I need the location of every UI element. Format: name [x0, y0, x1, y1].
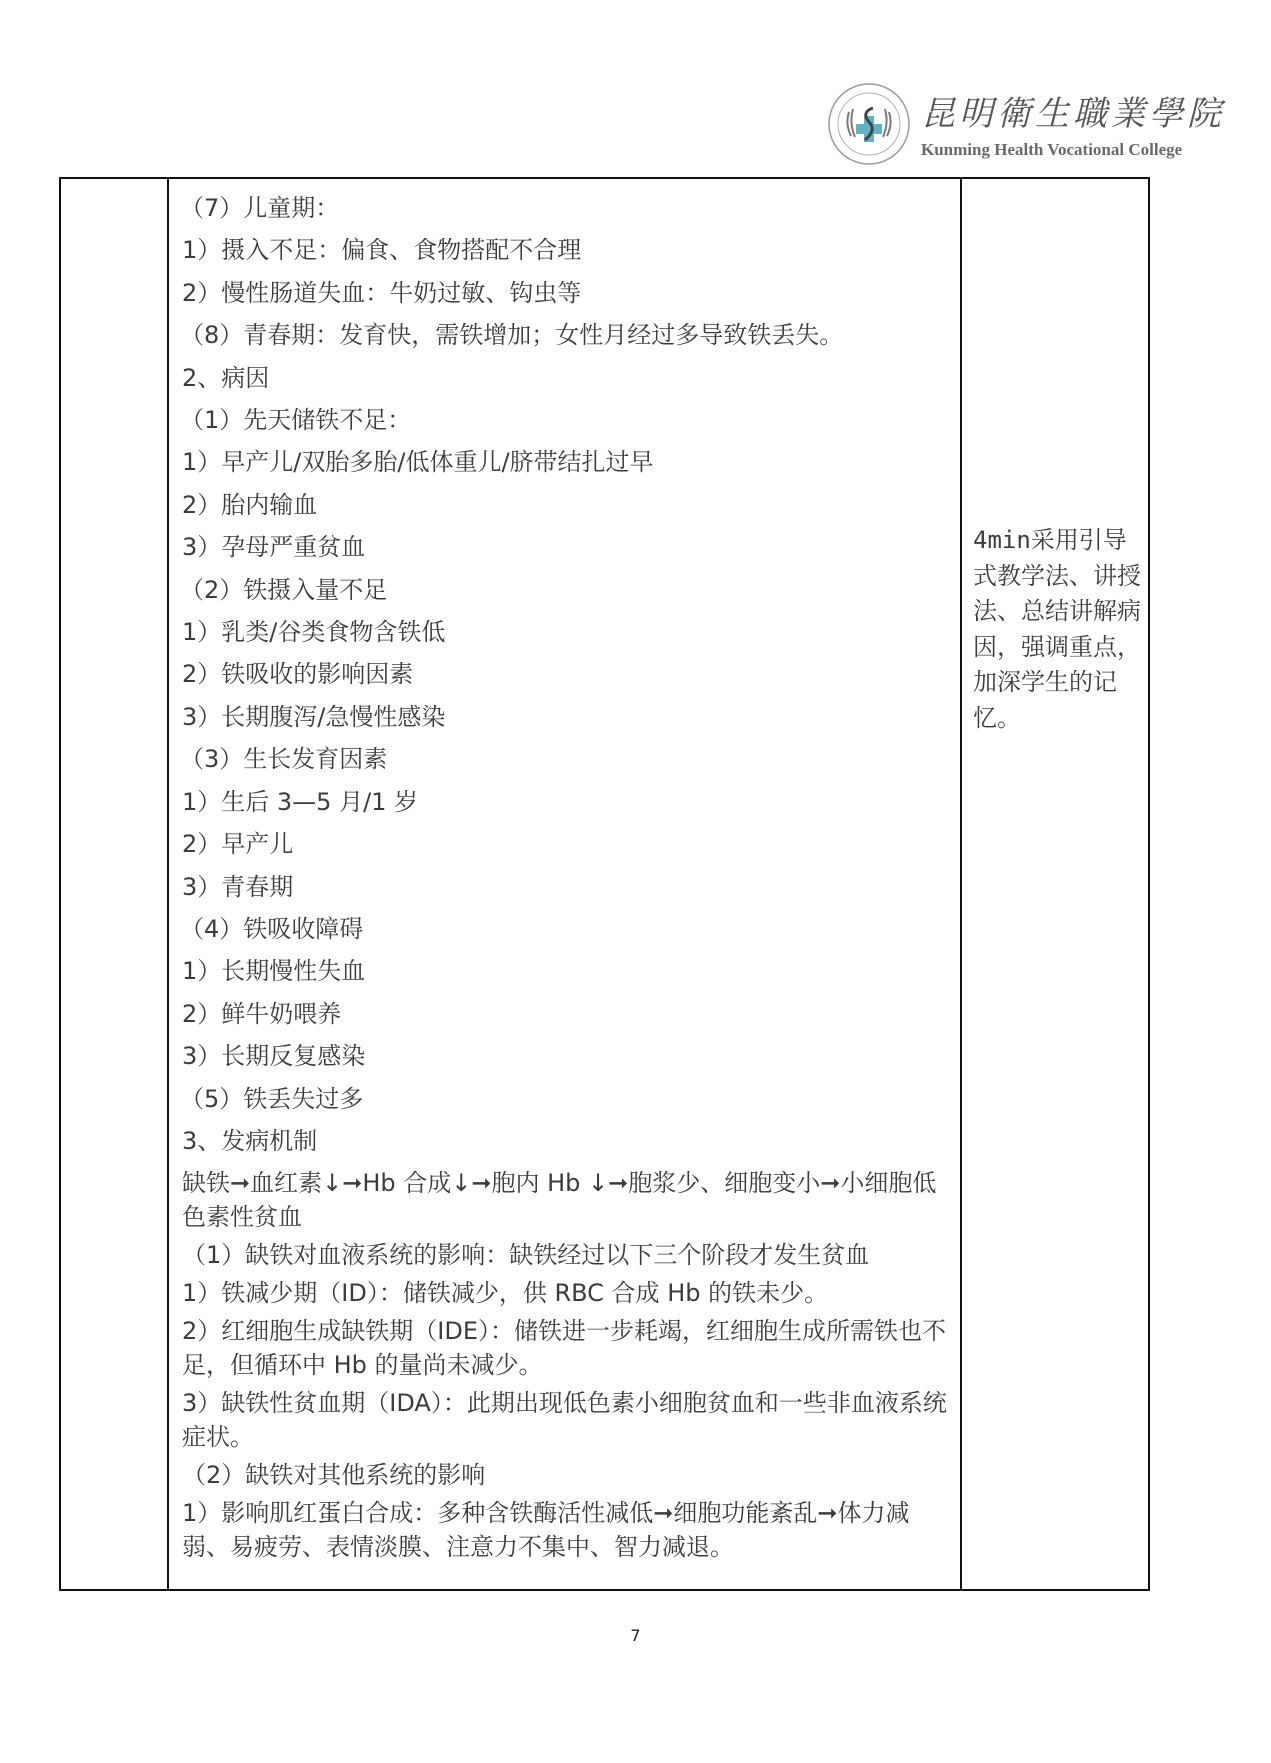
content-line: 3）长期反复感染 — [182, 1035, 950, 1077]
content-line: 1）摄入不足：偏食、食物搭配不合理 — [182, 229, 950, 271]
page-number: 7 — [0, 1626, 1271, 1645]
college-name-cn: 昆明衛生職業學院 — [921, 86, 1225, 135]
content-paragraph: 1）铁减少期（ID）：储铁减少，供 RBC 合成 Hb 的铁未少。 — [182, 1276, 950, 1310]
content-line: 3）青春期 — [182, 866, 950, 908]
section-heading: 2、病因 — [182, 357, 950, 399]
content-line: （3）生长发育因素 — [180, 738, 950, 780]
section-heading: 3、发病机制 — [182, 1120, 950, 1162]
content-line: （1）先天储铁不足： — [180, 399, 950, 441]
content-line: 2）鲜牛奶喂养 — [182, 993, 950, 1035]
content-line: 2）铁吸收的影响因素 — [182, 653, 950, 695]
content-line: 3）长期腹泻/急慢性感染 — [182, 696, 950, 738]
content-paragraphs: 缺铁➞血红素↓➞Hb 合成↓➞胞内 Hb ↓➞胞浆少、细胞变小➞小细胞低色素性贫… — [182, 1166, 950, 1564]
content-line: 1）长期慢性失血 — [182, 950, 950, 992]
content-line: （7）儿童期： — [180, 187, 950, 229]
content-paragraph: 1）影响肌红蛋白合成：多种含铁酶活性减低➞细胞功能紊乱➞体力减弱、易疲劳、表情淡… — [182, 1496, 950, 1564]
content-line: 2）早产儿 — [182, 823, 950, 865]
table-column-content: （7）儿童期： 1）摄入不足：偏食、食物搭配不合理 2）慢性肠道失血：牛奶过敏、… — [169, 179, 962, 1589]
content-line: （5）铁丢失过多 — [180, 1078, 950, 1120]
content-paragraph: （1）缺铁对血液系统的影响：缺铁经过以下三个阶段才发生贫血 — [182, 1238, 950, 1272]
college-logo: 昆明衛生職業學院 Kunming Health Vocational Colle… — [827, 82, 1217, 168]
content-line: 3）孕母严重贫血 — [182, 526, 950, 568]
lesson-plan-table: （7）儿童期： 1）摄入不足：偏食、食物搭配不合理 2）慢性肠道失血：牛奶过敏、… — [59, 177, 1150, 1591]
content-line: （2）铁摄入量不足 — [180, 569, 950, 611]
content-paragraph: （2）缺铁对其他系统的影响 — [182, 1458, 950, 1492]
college-emblem-icon — [827, 82, 911, 166]
content-lines: （7）儿童期： 1）摄入不足：偏食、食物搭配不合理 2）慢性肠道失血：牛奶过敏、… — [182, 187, 950, 1162]
content-line: 1）乳类/谷类食物含铁低 — [182, 611, 950, 653]
teaching-note: 4min采用引导式教学法、讲授法、总结讲解病因，强调重点，加深学生的记忆。 — [973, 523, 1143, 736]
content-paragraph: 3）缺铁性贫血期（IDA）：此期出现低色素小细胞贫血和一些非血液系统症状。 — [182, 1386, 950, 1454]
table-column-empty — [61, 179, 169, 1589]
content-line: 1）早产儿/双胎多胎/低体重儿/脐带结扎过早 — [182, 441, 950, 483]
content-line: （8）青春期：发育快，需铁增加；女性月经过多导致铁丢失。 — [180, 314, 950, 356]
college-name-en: Kunming Health Vocational College — [921, 140, 1182, 160]
content-line: 2）慢性肠道失血：牛奶过敏、钩虫等 — [182, 272, 950, 314]
content-line: （4）铁吸收障碍 — [180, 908, 950, 950]
content-paragraph: 缺铁➞血红素↓➞Hb 合成↓➞胞内 Hb ↓➞胞浆少、细胞变小➞小细胞低色素性贫… — [182, 1166, 950, 1234]
table-column-notes: 4min采用引导式教学法、讲授法、总结讲解病因，强调重点，加深学生的记忆。 — [962, 179, 1148, 1589]
content-paragraph: 2）红细胞生成缺铁期（IDE）：储铁进一步耗竭，红细胞生成所需铁也不足，但循环中… — [182, 1314, 950, 1382]
content-line: 1）生后 3—5 月/1 岁 — [182, 781, 950, 823]
content-line: 2）胎内输血 — [182, 484, 950, 526]
